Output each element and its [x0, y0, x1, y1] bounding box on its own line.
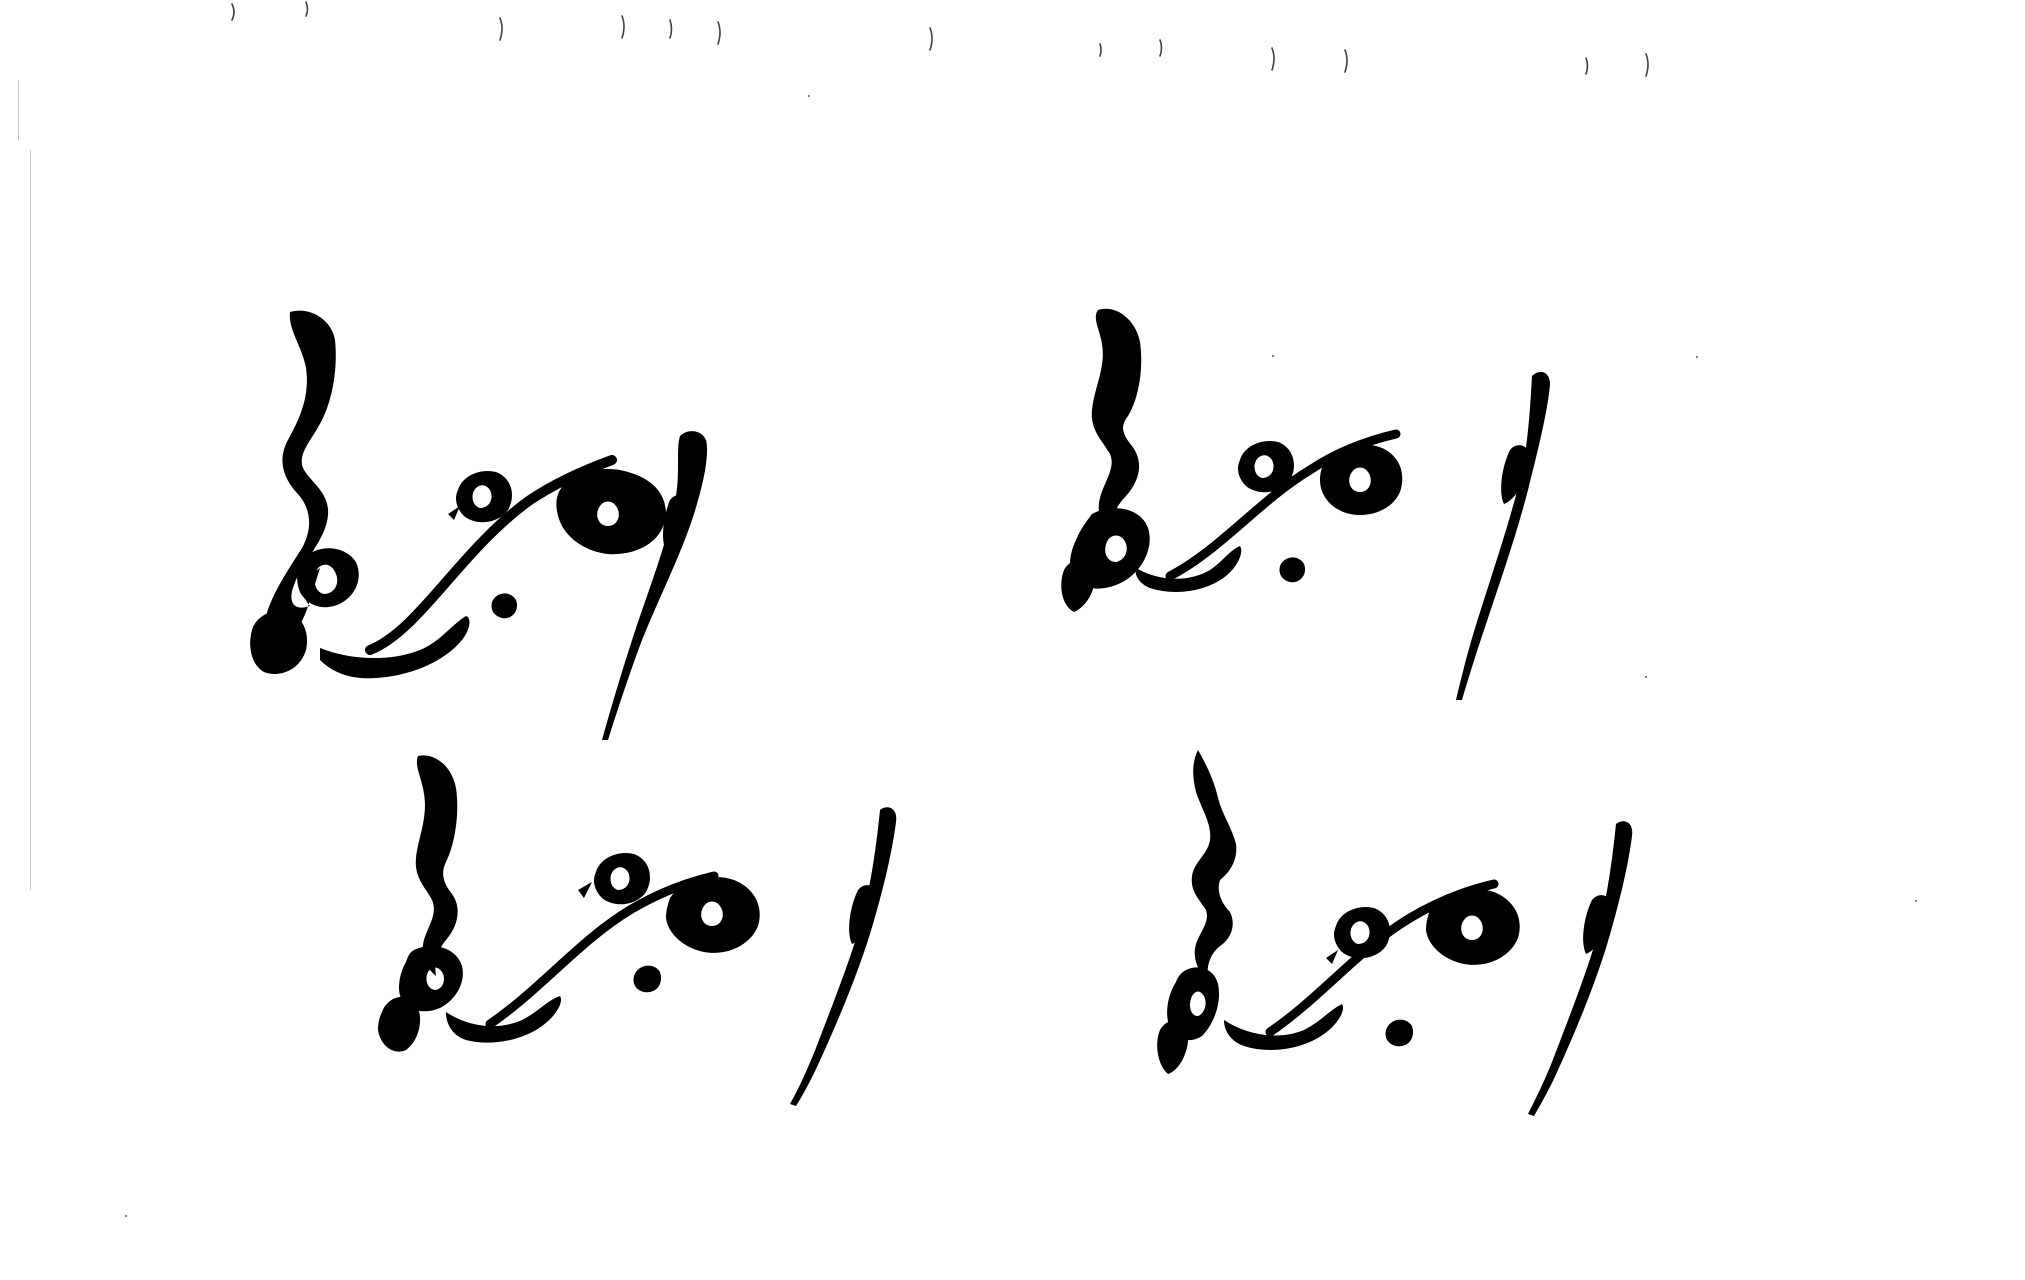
scan-speck	[808, 95, 810, 97]
scan-speck	[1272, 355, 1274, 357]
scan-edge-line	[30, 150, 31, 890]
scan-speck	[1696, 356, 1698, 358]
scan-speck	[1915, 900, 1917, 902]
scanned-page	[0, 0, 2025, 1280]
scan-speck	[1645, 676, 1647, 678]
calligraphy-glyph-2	[1040, 300, 1580, 720]
calligraphy-glyph-3	[370, 750, 930, 1110]
top-margin-marks	[0, 0, 2025, 90]
calligraphy-glyph-1	[240, 300, 800, 750]
calligraphy-glyph-4	[1140, 740, 1680, 1120]
scan-speck	[125, 1215, 127, 1217]
